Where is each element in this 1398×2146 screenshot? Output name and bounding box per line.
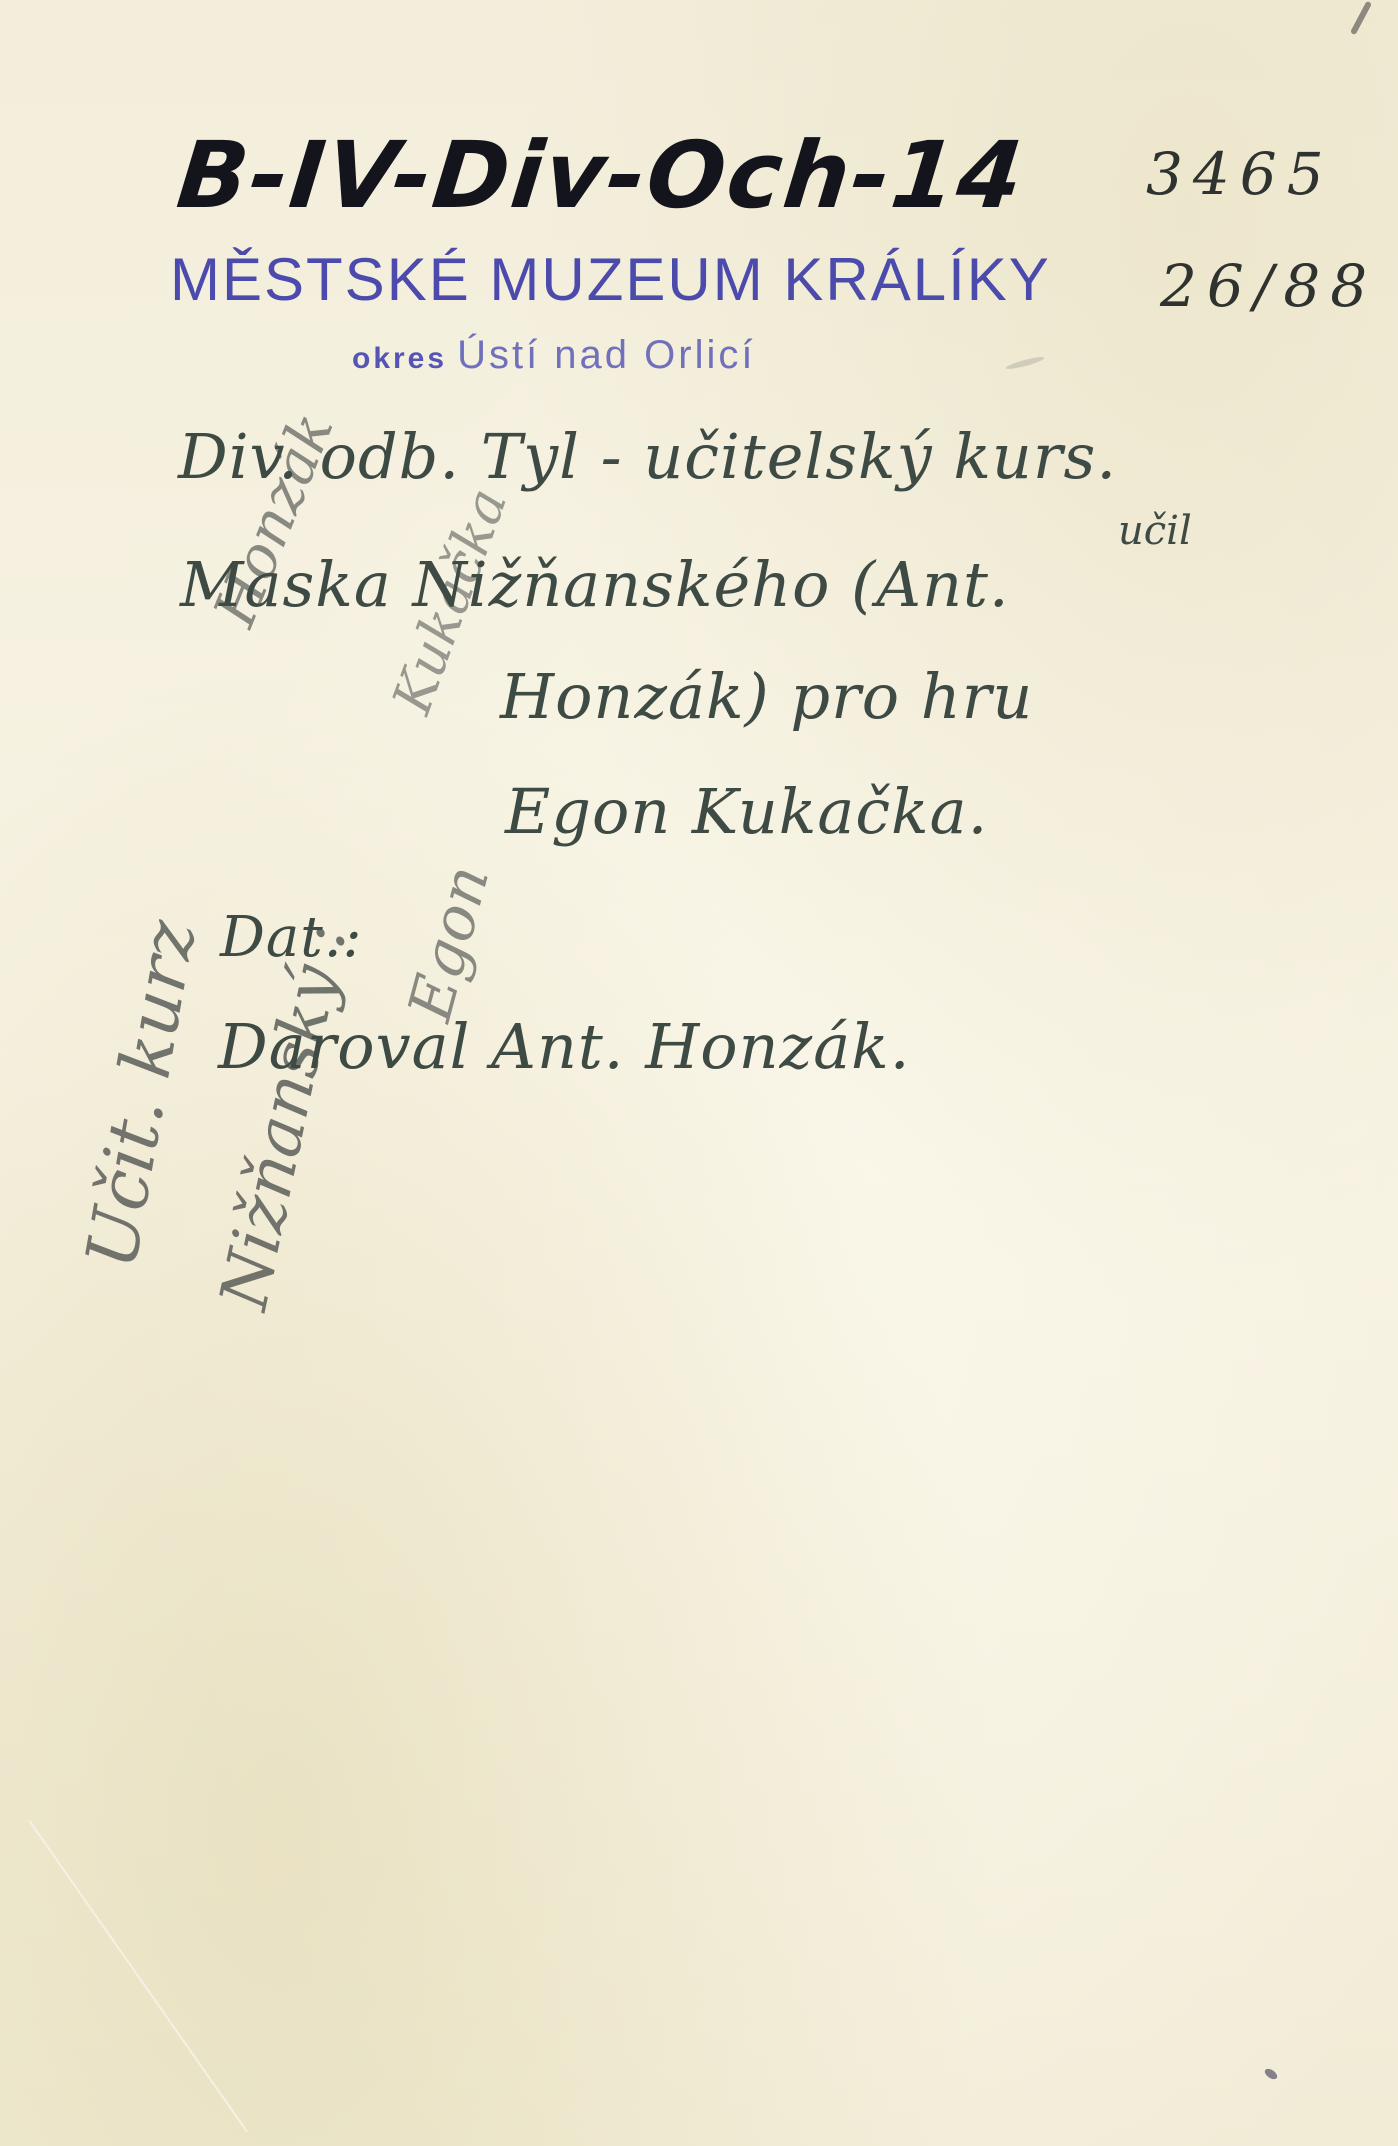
pencil-note: Egon [395, 858, 503, 1028]
stamp-district-name: Ústí nad Orlicí [457, 333, 755, 377]
handwritten-date-label: Dat.: [220, 905, 362, 970]
pencil-note: Učit. kurz [70, 914, 212, 1274]
pencil-mark [1350, 1, 1372, 36]
ink-speck [1263, 2067, 1279, 2082]
inventory-number-secondary: 26/88 [1160, 252, 1377, 320]
stamp-okres-label: okres [352, 342, 447, 375]
handwritten-donor-line: Daroval Ant. Honzák. [218, 1010, 910, 1083]
pencil-note: Nižňanský : [205, 916, 362, 1316]
handwritten-line: Maska Nižňanského (Ant. [180, 548, 1010, 621]
museum-stamp-district: okresÚstí nad Orlicí [352, 333, 755, 378]
handwritten-line: Div. odb. Tyl - učitelský kurs. [178, 420, 1117, 493]
museum-stamp-title: MĚSTSKÉ MUZEUM KRÁLÍKY [170, 245, 1051, 314]
handwritten-line: Egon Kukačka. [505, 775, 988, 848]
pencil-smudge [1005, 355, 1045, 371]
photo-reverse-card: B-IV-Div-Och-14 3465 26/88 MĚSTSKÉ MUZEU… [0, 0, 1398, 2146]
paper-crease [28, 1820, 248, 2132]
inventory-number: 3465 [1146, 140, 1334, 208]
handwritten-superscript: učil [1118, 508, 1192, 554]
handwritten-line: Honzák) pro hru [500, 660, 1033, 733]
archive-signature: B-IV-Div-Och-14 [172, 122, 1029, 229]
